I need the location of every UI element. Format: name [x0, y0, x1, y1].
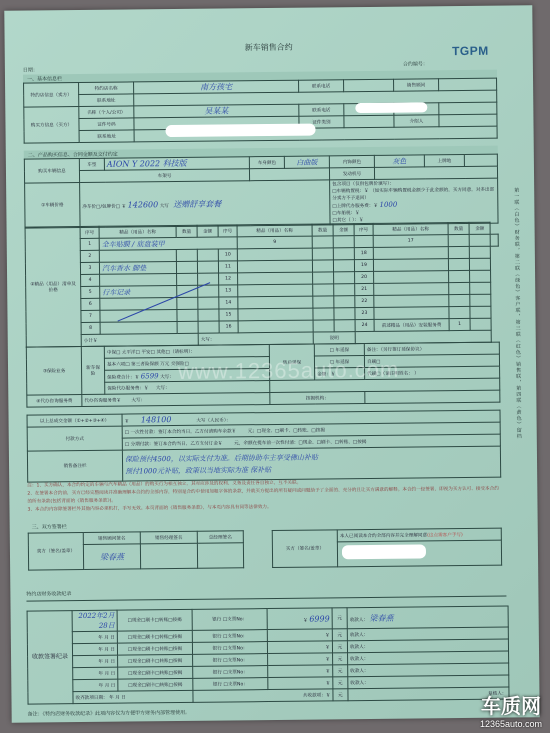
buyer-phone-label: 联系电话	[299, 104, 344, 116]
col-name: 精品（用品）名称	[373, 223, 448, 236]
vehicle-info-label: 购买车辆信息	[24, 159, 79, 184]
price-note: 送赠舒享套餐	[173, 199, 221, 209]
subtotal-caps-label: 大写：	[201, 337, 215, 342]
finance-heading: 特约店财务收款纪录	[26, 590, 71, 597]
premium-caps: 大写：	[160, 375, 174, 380]
installment-option[interactable]: □ 分期付款：签订本合约当日，乙方支付订金￥	[125, 441, 223, 447]
price-value: 142600	[128, 200, 159, 209]
new-car-insurance-label: 新车保险	[81, 346, 105, 394]
dealer-address-label: 联系地址	[79, 94, 134, 107]
finance-footnote: 备注：《特约店财务收款纪录》此项内容仅为方便甲方财务内部管理使用。	[28, 709, 191, 718]
buyer-confirm-text: 本人已阅读本合约全部内容并完全理解同意	[340, 533, 427, 539]
gm-sign-label: 总经理签名	[197, 531, 243, 543]
interior-color-label: 内饰颜色	[329, 155, 374, 167]
col-name: 精品（用品）名称	[237, 224, 312, 237]
consulting-fee-label: 代办咨询服务费￥	[84, 398, 121, 403]
col-amount: 金额	[197, 225, 218, 237]
col-qty: 数量	[448, 222, 469, 234]
receipt-bank: 银行 □支票No：	[192, 609, 267, 631]
site-logo: 车质网 12365auto.com	[480, 690, 542, 729]
other-checkbox[interactable]: □其它（	[332, 218, 350, 223]
seller-sign-label: 卖方（签名/盖章）	[28, 532, 83, 570]
total-value: 148100	[141, 415, 172, 424]
buyer-confirm-note: (这点需客户手写)	[427, 533, 463, 538]
receipt-amount: 6999	[309, 614, 329, 623]
total-label: 以上总成交金额（①+②+③+④）	[27, 414, 122, 427]
redacted-buyer-signature	[342, 544, 426, 559]
buyer-address-label: 联系地址	[79, 130, 134, 143]
buyer-name-label: 名称（个人/公司）	[79, 106, 134, 119]
receiver-label: 收款人：	[350, 618, 368, 623]
complete-date-value: 年 月 日	[109, 695, 126, 700]
installment-methods[interactable]: 元，余额在提车前一次性付清：□现金、□刷卡、□转账、□按揭	[234, 440, 366, 446]
receipt-date: 2022年2月28日	[78, 612, 114, 630]
co-signer-label: 介绍人	[394, 115, 439, 127]
sales-remarks-label: 销售备注栏	[27, 450, 122, 482]
consulting-label: ④代办咨询服务费	[27, 394, 82, 407]
redacted-phone	[355, 102, 427, 113]
consultant-sign-label: 销售顾问签名	[83, 532, 140, 545]
interior-color-value: 灰色	[392, 157, 406, 165]
contract-number-label: 合约编号：	[403, 60, 428, 67]
premium-label: 保险费合计：￥	[107, 375, 139, 380]
body-color-label: 车身颜色	[249, 156, 284, 168]
receiver-signature: 梁春燕	[369, 613, 393, 622]
col-qty: 数量	[312, 224, 333, 236]
seller-signature-table: 卖方（签名/盖章） 销售顾问签名 销售经理签名 总经理签名 梁春燕	[28, 530, 244, 570]
finance-total-unit: 元	[333, 689, 348, 701]
watermark-text: www.12365auto.com	[178, 357, 399, 385]
accessory-name: 汽车香水 脚垫	[102, 264, 146, 272]
install-fee-label: 前述精品（用品）安装服务费	[374, 319, 449, 332]
complete-date-label: 收齐款项日期：	[75, 695, 107, 700]
purchase-tax-checkbox[interactable]: □车辆购置税：￥	[332, 188, 369, 193]
warranty-year1[interactable]: □ 年延保	[314, 344, 364, 357]
col-no: 序号	[80, 226, 99, 238]
agency-fee-caps: 大写：	[156, 386, 170, 391]
site-logo-text: 车质网	[480, 690, 542, 719]
plate-location-label: 上牌地	[424, 154, 464, 166]
finance-side-label: 收款签署纪录	[27, 611, 73, 704]
col-qty: 数量	[176, 225, 197, 237]
body-color-value: 白曲版	[296, 158, 317, 166]
accessory-name: 行车记录	[102, 288, 130, 296]
id-number-label: 证件号码	[79, 118, 134, 131]
subtotal-label: 小计￥	[84, 338, 98, 343]
receipt-methods[interactable]: □现金□刷卡□转账□按揭	[117, 609, 192, 631]
install-fee-qty: 1	[449, 318, 470, 330]
brand-logo: TGPM	[452, 44, 489, 58]
contract-paper: 新车销售合约 TGPM 日期： 合约编号： 一、基本信息栏 特约店信息（卖方） …	[4, 5, 539, 722]
buyer-sign-label: 买方（签名/盖章）	[272, 530, 337, 568]
accessory-name: 全车贴膜 / 底盘装甲	[102, 240, 165, 249]
price-prefix: 净车价□/包牌价□ ￥	[82, 204, 126, 209]
col-name: 精品（用品）名称	[99, 225, 176, 238]
buyer-label: 购买方信息（买方）	[24, 107, 79, 144]
contact-phone-label: 联系电话	[299, 80, 344, 92]
plate-service-value: 1000	[379, 200, 397, 208]
date-label: 日期：	[23, 66, 38, 73]
finance-table: 收款签署纪录 2022年2月28日 □现金□刷卡□转账□按揭 银行 □支票No：…	[27, 606, 510, 705]
sales-consultant-label: 销售顾问	[394, 79, 439, 91]
agency-fee-label: 保险代办服务费：￥	[107, 386, 148, 391]
col-no: 序号	[218, 225, 237, 237]
other-suffix: ）：￥	[352, 218, 364, 223]
receipt-unit: 元	[332, 608, 347, 629]
col-amount: 金额	[469, 222, 491, 234]
copy-distribution-note: 第一联（白色）财务联，第二联（绿色）客户联，第三联（红色）销售联，第四联（黄色）…	[512, 187, 523, 439]
buyer-name-value: 吴某某	[204, 106, 228, 115]
contract-notes: 注：1、买方确认，本合约约定的车辆与汽车精品（用品）的购买行为相互独立，其对应涉…	[27, 478, 501, 515]
seller-label: 特约店信息（卖方）	[24, 83, 79, 108]
total-caps-label: 大写（人民币）：	[196, 418, 231, 423]
premium-value: 6599	[141, 372, 159, 380]
manager-sign-label: 销售经理签名	[140, 531, 197, 544]
insurance-label: ③保险业务	[26, 346, 81, 395]
model-value: AION Y 2022 科技版	[107, 159, 187, 169]
site-logo-url: 12365auto.com	[480, 719, 542, 729]
lump-sum-methods[interactable]: 元；□现金、□刷卡、□转账、□按揭	[248, 428, 325, 434]
payment-method-label: 付款方式	[27, 426, 122, 451]
accessories-label: ②精品（用品）清单及价格	[25, 227, 81, 348]
dealer-name-label: 特约店名称	[79, 82, 134, 95]
vehicle-info-table: 购买车辆信息 车型 AION Y 2022 科技版 车身颜色 白曲版 内饰颜色 …	[24, 154, 499, 229]
consulting-caps: 大写：	[131, 398, 145, 403]
price-caps-label: 大写	[160, 204, 169, 209]
finance-total-label: 共收款项：￥	[303, 693, 331, 698]
lump-sum-option[interactable]: □ 一次性付款：签订本合约当日，乙方付清购车余款￥	[125, 429, 237, 435]
sales-remarks-line2: 预付1000元补贴，政策以当地实际为准 保补贴	[125, 462, 498, 478]
redacted-id-number	[165, 124, 315, 138]
consultant-signature: 梁春燕	[100, 552, 124, 561]
total-payment-table: 以上总成交金额（①+②+③+④） ￥ 148100 大写（人民币）： 付款方式 …	[27, 410, 502, 483]
vehicle-price-label: ①车辆价格	[25, 183, 80, 229]
col-no: 序号	[354, 223, 373, 235]
model-label: 车型	[79, 158, 104, 170]
plate-service-checkbox[interactable]: □上牌代办服务费：￥	[332, 203, 378, 208]
engine-number-label: 发动机号	[329, 167, 374, 179]
col-amount: 金额	[333, 224, 354, 236]
accessories-table: ②精品（用品）清单及价格 序号 精品（用品）名称 数量 金额 序号 精品（用品）…	[25, 222, 500, 348]
mortgage-agency-label: 按揭机构：	[270, 392, 365, 405]
dealer-name-value: 南方孩宅	[200, 82, 232, 91]
total-currency: ￥	[125, 419, 130, 424]
